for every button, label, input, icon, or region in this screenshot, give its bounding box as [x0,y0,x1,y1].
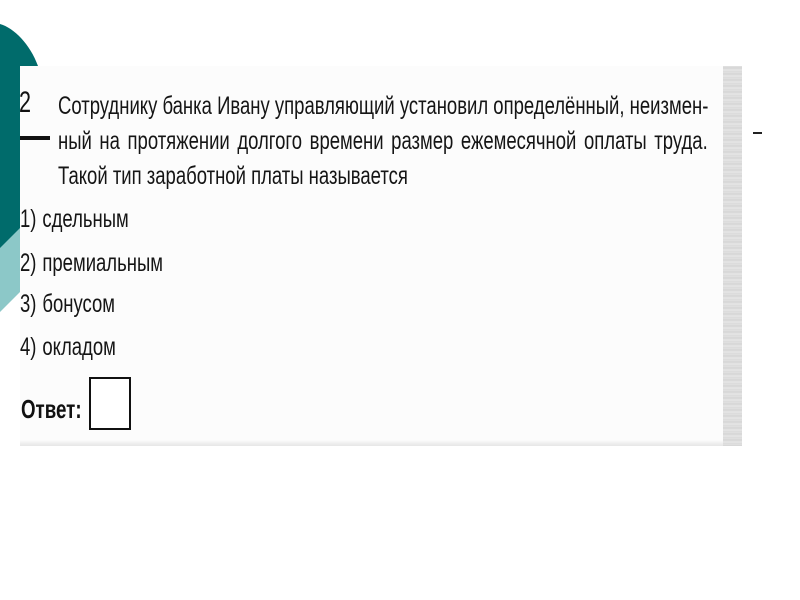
light-teal-shape [0,205,20,312]
option-1: 1)сдельным [20,204,129,234]
scan-bottom-edge [20,440,723,446]
option-number: 2) [20,249,36,277]
answer-box[interactable] [89,377,131,430]
question-text-line-2: ный на протяжении долгого времени размер… [58,126,708,156]
question-number: 2 [19,88,31,118]
option-text: окладом [42,333,115,361]
option-text: бонусом [42,290,115,318]
question-text-line-3: Такой тип заработной платы называется [58,161,708,191]
option-4: 4)окладом [20,332,116,362]
option-number: 4) [20,333,36,361]
stray-dash-mark [753,132,762,134]
option-number: 1) [20,205,36,233]
option-2: 2)премиальным [20,248,163,278]
option-3: 3)бонусом [20,289,115,319]
question-text-line-1: Сотруднику банка Ивану управляющий устан… [58,91,708,121]
option-text: сдельным [42,205,128,233]
answer-label: Ответ: [21,394,82,424]
option-text: премиальным [42,249,163,277]
scan-edge-shadow [723,66,742,446]
option-number: 3) [20,290,36,318]
question-number-underline [20,136,50,140]
